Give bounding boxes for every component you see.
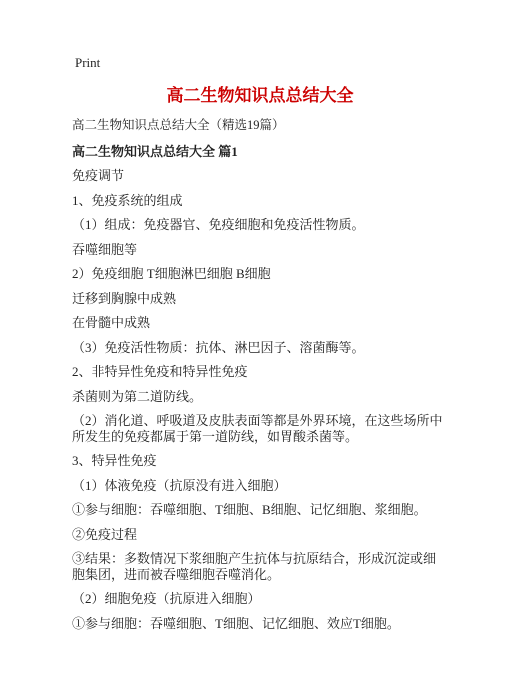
section-heading: 高二生物知识点总结大全 篇1 xyxy=(72,144,448,159)
paragraph: 吞噬细胞等 xyxy=(72,242,448,258)
paragraph: 杀菌则为第二道防线。 xyxy=(72,389,448,405)
paragraph: 1、免疫系统的组成 xyxy=(72,193,448,209)
document-page: Print 高二生物知识点总结大全 高二生物知识点总结大全（精选19篇） 高二生… xyxy=(0,0,520,673)
paragraph: ②免疫过程 xyxy=(72,527,448,543)
article-body: 免疫调节1、免疫系统的组成（1）组成：免疫器官、免疫细胞和免疫活性物质。吞噬细胞… xyxy=(72,168,448,631)
print-button[interactable]: Print xyxy=(75,55,100,70)
paragraph: ③结果：多数情况下浆细胞产生抗体与抗原结合，形成沉淀或细胞集团，进而被吞噬细胞吞… xyxy=(72,551,448,582)
paragraph: （3）免疫活性物质：抗体、淋巴因子、溶菌酶等。 xyxy=(72,340,448,356)
paragraph: （2）细胞免疫（抗原进入细胞） xyxy=(72,591,448,607)
paragraph: 3、特异性免疫 xyxy=(72,453,448,469)
paragraph: 2、非特异性免疫和特异性免疫 xyxy=(72,364,448,380)
document-subtitle: 高二生物知识点总结大全（精选19篇） xyxy=(72,118,448,133)
paragraph: （2）消化道、呼吸道及皮肤表面等都是外界环境，在这些场所中所发生的免疫都属于第一… xyxy=(72,413,448,444)
page-title: 高二生物知识点总结大全 xyxy=(72,85,448,107)
paragraph: 在骨髓中成熟 xyxy=(72,315,448,331)
paragraph: 免疫调节 xyxy=(72,168,448,184)
paragraph: 2）免疫细胞 T细胞淋巴细胞 B细胞 xyxy=(72,266,448,282)
paragraph: 迁移到胸腺中成熟 xyxy=(72,291,448,307)
paragraph: ①参与细胞：吞噬细胞、T细胞、记忆细胞、效应T细胞。 xyxy=(72,616,448,632)
paragraph: （1）组成：免疫器官、免疫细胞和免疫活性物质。 xyxy=(72,217,448,233)
paragraph: （1）体液免疫（抗原没有进入细胞） xyxy=(72,478,448,494)
paragraph: ①参与细胞：吞噬细胞、T细胞、B细胞、记忆细胞、浆细胞。 xyxy=(72,502,448,518)
